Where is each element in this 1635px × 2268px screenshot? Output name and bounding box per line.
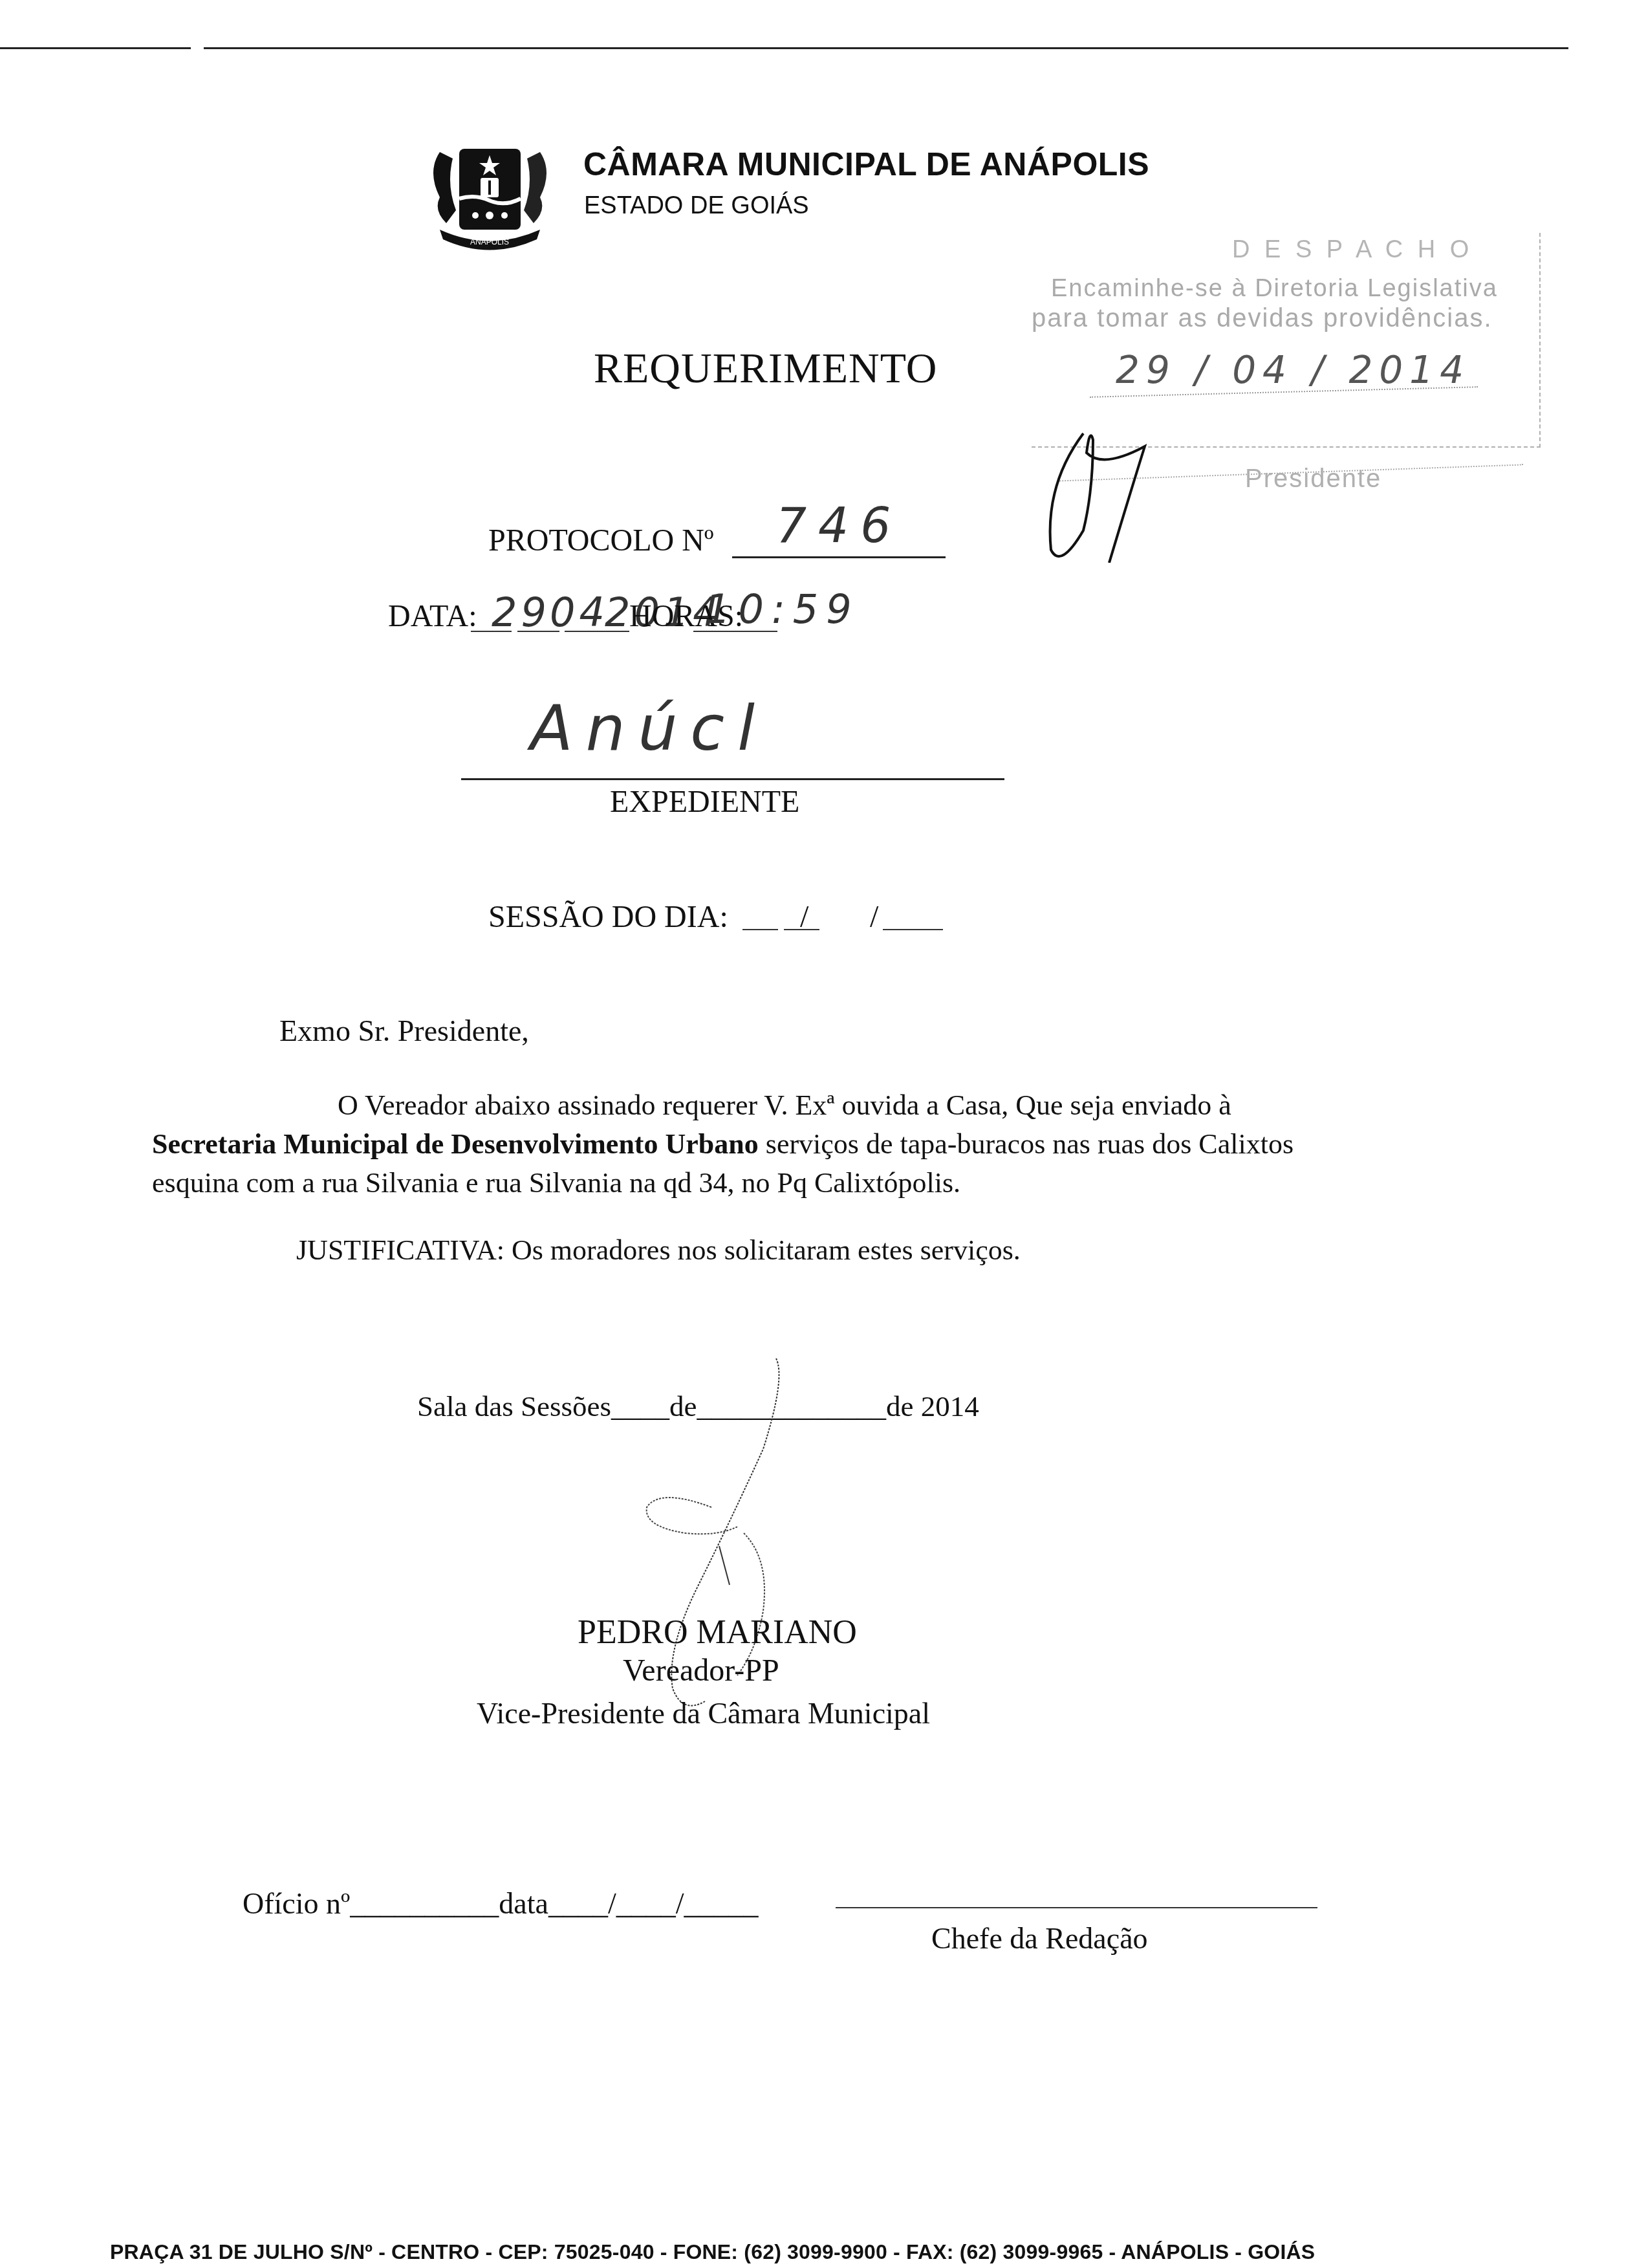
coat-of-arms-icon: ANÁPOLIS bbox=[420, 113, 559, 252]
secretariat-name: Secretaria Municipal de Desenvolvimento … bbox=[152, 1128, 759, 1160]
session-month-underline[interactable] bbox=[784, 929, 819, 930]
request-paragraph-line: Secretaria Municipal de Desenvolvimento … bbox=[152, 1128, 1294, 1161]
date-year-underline bbox=[565, 631, 629, 632]
session-day-underline[interactable] bbox=[742, 929, 778, 930]
date-label: DATA: bbox=[388, 598, 477, 634]
footer-address: PRAÇA 31 DE JULHO S/Nº - CENTRO - CEP: 7… bbox=[110, 2240, 1315, 2264]
stamp-text-line: para tomar as devidas providências. bbox=[1032, 304, 1493, 333]
office-number-field[interactable]: Ofício nº__________data____/____/_____ bbox=[243, 1886, 758, 1921]
stamp-heading: D E S P A C H O bbox=[1232, 236, 1473, 264]
date-month-underline bbox=[517, 631, 559, 632]
protocol-number[interactable]: 746 bbox=[776, 498, 902, 554]
stamp-signer-title: Presidente bbox=[1245, 464, 1381, 494]
protocol-label: PROTOCOLO Nº bbox=[488, 523, 714, 558]
president-signature-icon bbox=[1032, 414, 1226, 563]
date-month[interactable]: 04 bbox=[550, 589, 609, 636]
organization-state: ESTADO DE GOIÁS bbox=[584, 192, 809, 220]
session-slash: / bbox=[870, 899, 878, 935]
chief-of-drafting-label: Chefe da Redação bbox=[931, 1921, 1148, 1956]
hours-underline bbox=[693, 631, 777, 632]
svg-text:ANÁPOLIS: ANÁPOLIS bbox=[470, 237, 509, 246]
session-date-label: SESSÃO DO DIA: bbox=[488, 899, 728, 935]
date-day-underline bbox=[471, 631, 512, 632]
expediente-label: EXPEDIENTE bbox=[610, 784, 799, 820]
expediente-signature: Anúcl bbox=[530, 692, 768, 765]
session-year-underline[interactable] bbox=[883, 929, 943, 930]
expediente-line bbox=[461, 778, 1004, 780]
chief-signature-line bbox=[836, 1907, 1317, 1908]
signer-role: Vice-Presidente da Câmara Municipal bbox=[477, 1696, 930, 1730]
top-rule-gap bbox=[191, 45, 204, 50]
date-day[interactable]: 29 bbox=[492, 589, 550, 636]
document-title: REQUERIMENTO bbox=[594, 344, 937, 393]
justification: JUSTIFICATIVA: Os moradores nos solicita… bbox=[296, 1234, 1021, 1267]
protocol-underline bbox=[732, 556, 946, 558]
request-paragraph-line: O Vereador abaixo assinado requerer V. E… bbox=[338, 1089, 1231, 1122]
signer-party: Vereador-PP bbox=[623, 1653, 779, 1688]
greeting: Exmo Sr. Presidente, bbox=[279, 1014, 529, 1048]
stamp-text-line: Encaminhe-se à Diretoria Legislativa bbox=[1051, 275, 1498, 303]
dispatch-stamp: D E S P A C H O Encaminhe-se à Diretoria… bbox=[1032, 233, 1543, 453]
request-paragraph-line: esquina com a rua Silvania e rua Silvani… bbox=[152, 1166, 960, 1199]
request-text: serviços de tapa-buracos nas ruas dos Ca… bbox=[759, 1128, 1294, 1160]
signer-name: PEDRO MARIANO bbox=[578, 1613, 857, 1652]
top-rule bbox=[0, 47, 1568, 49]
stamp-date: 29 / 04 / 2014 bbox=[1116, 348, 1470, 392]
organization-name: CÂMARA MUNICIPAL DE ANÁPOLIS bbox=[583, 146, 1149, 183]
hours-value[interactable]: 10:59 bbox=[705, 585, 860, 633]
